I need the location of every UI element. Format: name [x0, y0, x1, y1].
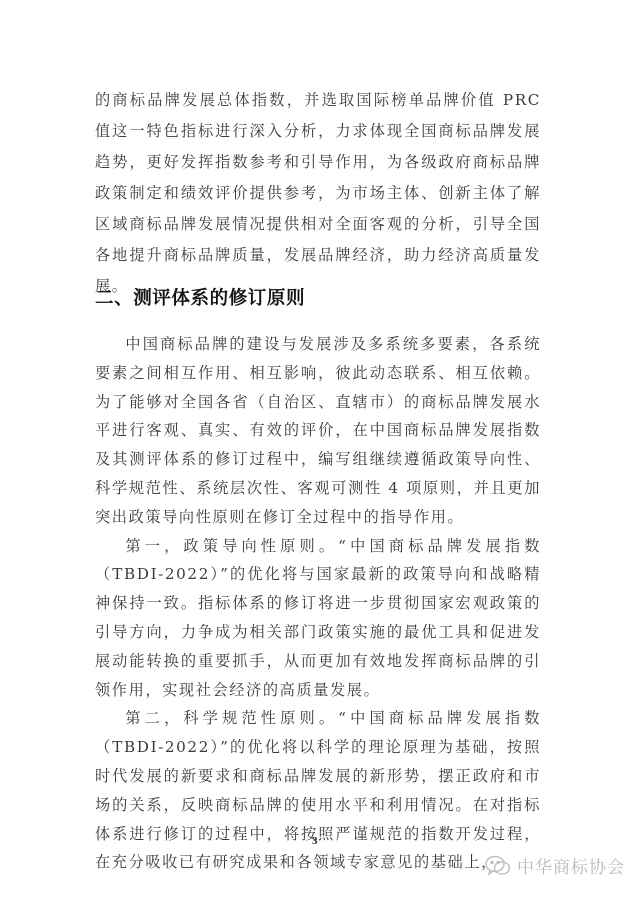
document-page: 的商标品牌发展总体指数，并选取国际榜单品牌价值 PRC 值这一特色指标进行深入分… [0, 0, 636, 899]
paragraph-policy-principle: 第一，政策导向性原则。“中国商标品牌发展指数（TBDI-2022）”的优化将与国… [95, 532, 541, 705]
wechat-icon [484, 854, 512, 878]
paragraph-scientific-principle: 第二，科学规范性原则。“中国商标品牌发展指数（TBDI-2022）”的优化将以科… [95, 704, 541, 877]
watermark: 中华商标协会 [484, 853, 625, 878]
page-number: 3 [312, 835, 318, 847]
intro-paragraph: 的商标品牌发展总体指数，并选取国际榜单品牌价值 PRC 值这一特色指标进行深入分… [95, 85, 541, 302]
intro-block: 的商标品牌发展总体指数，并选取国际榜单品牌价值 PRC 值这一特色指标进行深入分… [95, 85, 541, 302]
paragraph-overview: 中国商标品牌的建设与发展涉及多系统多要素，各系统要素之间相互作用、相互影响，彼此… [95, 330, 541, 532]
section-body: 中国商标品牌的建设与发展涉及多系统多要素，各系统要素之间相互作用、相互影响，彼此… [95, 330, 541, 877]
watermark-text: 中华商标协会 [517, 853, 625, 878]
section-heading: 二、测评体系的修订原则 [95, 284, 305, 310]
